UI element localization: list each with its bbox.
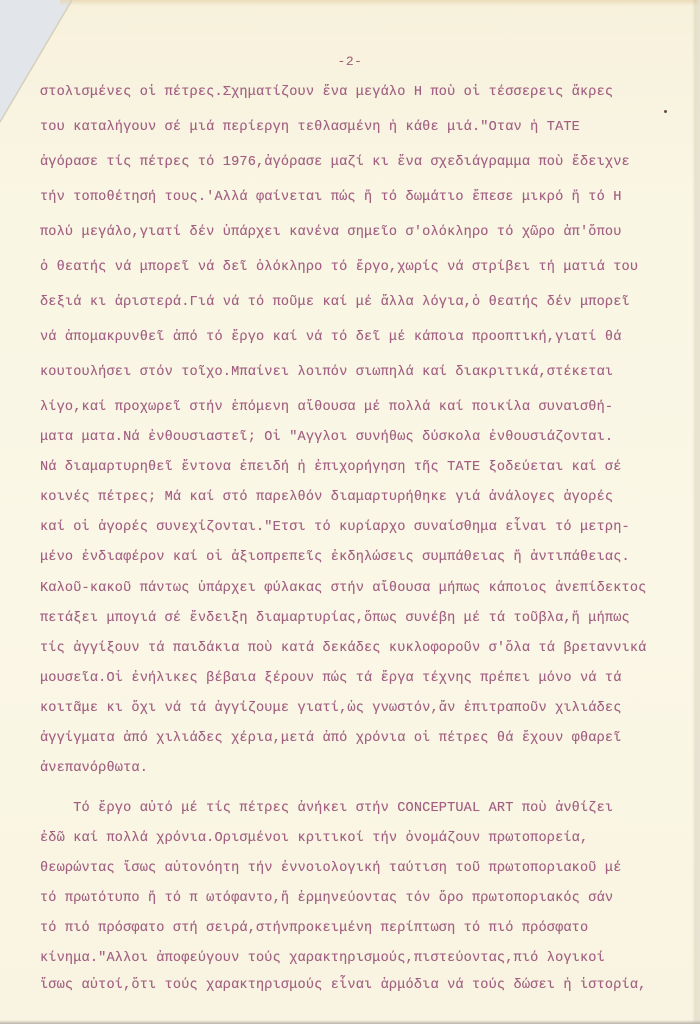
scanned-page: -2- στολισμένες οἱ πέτρες.Σχηματίζουν ἕν… xyxy=(0,0,700,1024)
text-line: λίγο,καί προχωρεῖ στήν ἑπόμενη αἴθουσα μ… xyxy=(40,399,613,417)
text-line: θεωρώντας ἴσως αὐτονόητη τήν ἐννοιολογικ… xyxy=(40,860,622,878)
paper-speck xyxy=(664,110,667,113)
text-line: νά ἀπομακρυνθεῖ ἀπό τό ἔργο καί νά τό δε… xyxy=(40,329,622,347)
text-line: Καλοῦ-κακοῦ πάντως ὑπάρχει φύλακας στήν … xyxy=(40,580,646,598)
text-line: ἀγόρασε τίς πέτρες τό 1976,ἀγόρασε μαζί … xyxy=(40,154,630,172)
text-line: κοινές πέτρες; Μά καί στό παρελθόν διαμα… xyxy=(40,489,613,507)
paper-top-edge xyxy=(60,0,700,6)
text-line: ἴσως αὐτοί,ὅτι τούς χαρακτηρισμούς εἶναι… xyxy=(40,977,646,995)
text-line: Τό ἔργο αὐτό μέ τίς πέτρες ἀνήκει στήν C… xyxy=(40,800,613,818)
text-line: ὁ θεατής νά μπορεῖ νά δεῖ ὁλόκληρο τό ἔρ… xyxy=(40,259,638,277)
text-line: τήν τοποθέτησή τους.'Αλλά φαίνεται πώς ἤ… xyxy=(40,189,622,207)
page-number: -2- xyxy=(0,54,700,69)
text-line: κοιτᾶμε κι ὄχι νά τά ἀγγίζουμε γιατί,ὡς … xyxy=(40,700,622,718)
text-line: ἀγγίγματα ἀπό χιλιάδες χέρια,μετά ἀπό χρ… xyxy=(40,730,622,748)
text-line: κίνημα."Αλλοι ἀποφεύγουν τούς χαρακτηρισ… xyxy=(40,950,605,968)
text-line: πετάξει μπογιά σέ ἔνδειξη διαμαρτυρίας,ὅ… xyxy=(40,610,630,628)
text-line: τίς ἀγγίξουν τά παιδάκια ποὺ κατά δεκάδε… xyxy=(40,640,646,658)
text-line: ἐδῶ καί πολλά χρόνια.Ορισμένοι κριτικοί … xyxy=(40,830,588,848)
text-line: ἀνεπανόρθωτα. xyxy=(40,760,148,778)
text-line: μένο ἐνδιαφέρον καί οἱ ἀξιοπρεπεῖς ἐκδηλ… xyxy=(40,549,630,567)
text-line: τό πιό πρόσφατο στή σειρά,στήνπροκειμένη… xyxy=(40,920,588,938)
text-line: μουσεῖα.Οἱ ἐνήλικες βέβαια ξέρουν πώς τά… xyxy=(40,670,622,688)
text-line: πολύ μεγάλο,γιατί δέν ὑπάρχει κανένα σημ… xyxy=(40,224,622,242)
text-line: τό πρωτότυπο ἤ τό π ωτόφαντο,ἤ ἑρμηνεύον… xyxy=(40,890,613,908)
paper-right-edge xyxy=(692,0,700,1024)
text-line: Νά διαμαρτυρηθεῖ ἔντονα ἐπειδή ἡ ἐπιχορή… xyxy=(40,459,622,477)
text-line: δεξιά κι ἀριστερά.Γιά νά τό ποῦμε καί μέ… xyxy=(40,294,630,312)
text-line: στολισμένες οἱ πέτρες.Σχηματίζουν ἕνα με… xyxy=(40,84,613,102)
text-line: ματα ματα.Νά ἐνθουσιαστεῖ; Οἱ "Αγγλοι συ… xyxy=(40,429,613,447)
paper-bottom-edge xyxy=(0,1020,700,1024)
text-line: του καταλήγουν σέ μιά περίεργη τεθλασμέν… xyxy=(40,119,580,137)
text-line: καί οἱ ἀγορές συνεχίζονται."Ετσι τό κυρί… xyxy=(40,519,630,537)
text-line: κουτουλήσει στόν τοῖχο.Μπαίνει λοιπόν σι… xyxy=(40,364,613,382)
